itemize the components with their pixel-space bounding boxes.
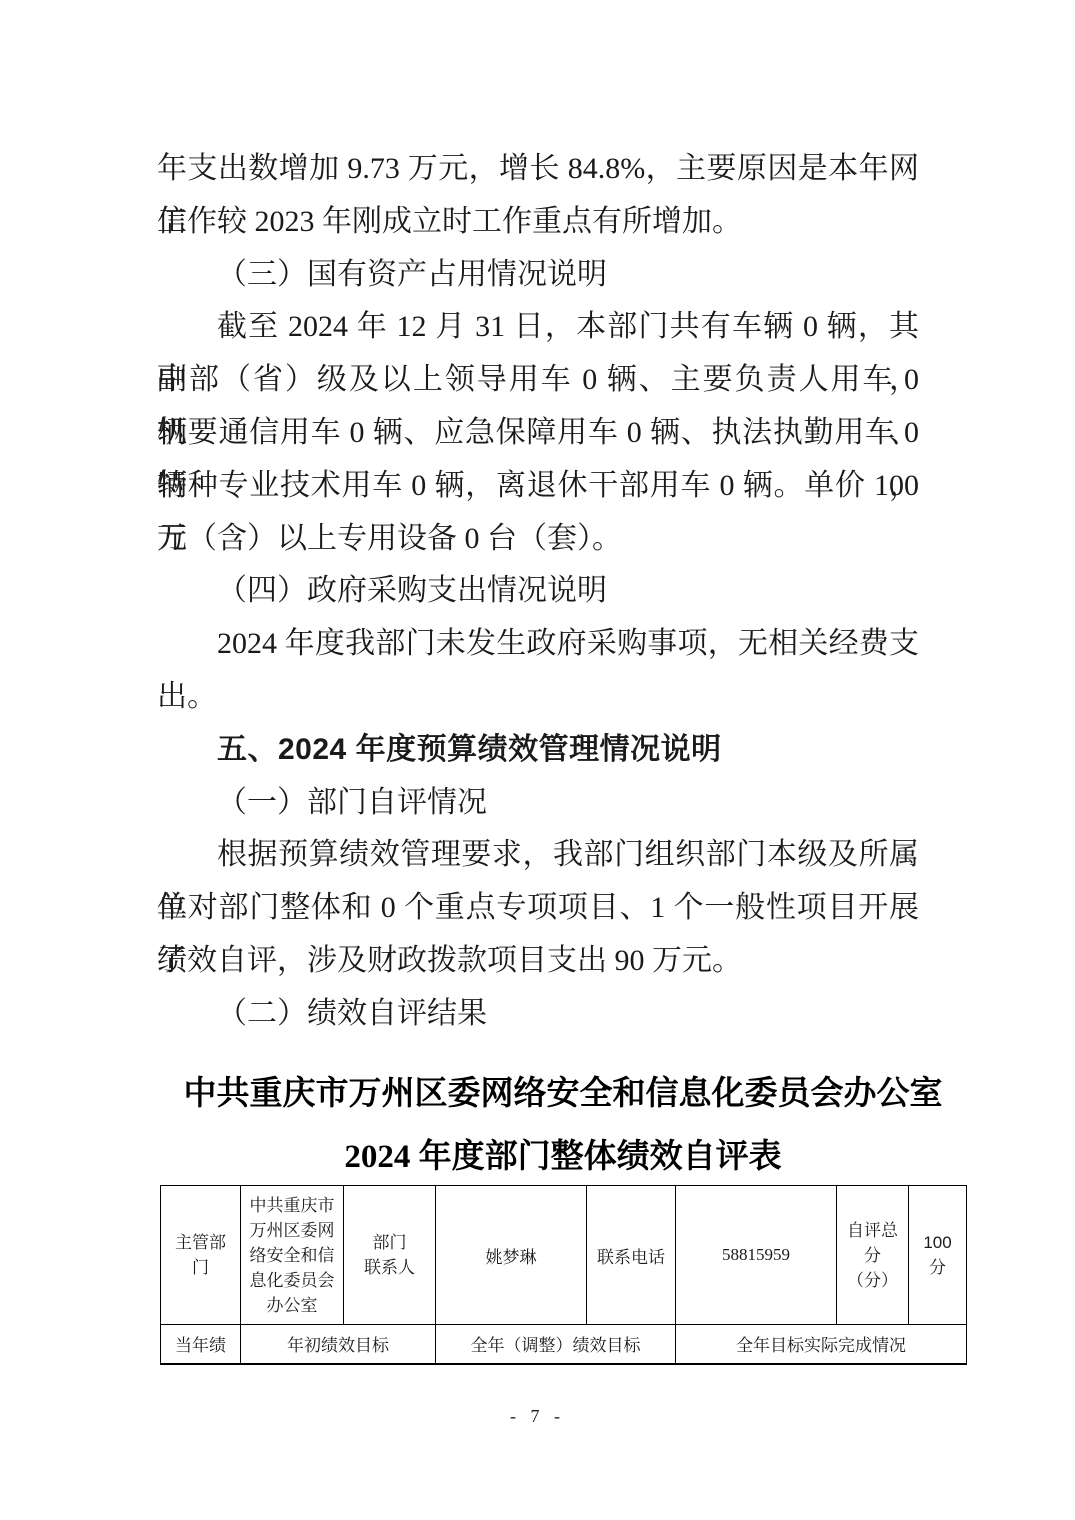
body-line: 截至 2024 年 12 月 31 日，本部门共有车辆 0 辆，其中， <box>157 301 919 354</box>
cell-supervisor-label: 主管部 门 <box>161 1186 241 1325</box>
cell-line: 分 <box>909 1255 966 1280</box>
cell-score-label: 自评总 分 （分） <box>837 1186 909 1325</box>
cell-line: 中共重庆市 <box>241 1193 343 1218</box>
cell-supervisor-value: 中共重庆市 万州区委网 络安全和信 息化委员会 办公室 <box>241 1186 344 1325</box>
performance-self-evaluation-table: 主管部 门 中共重庆市 万州区委网 络安全和信 息化委员会 办公室 部门 联系人… <box>160 1185 967 1365</box>
cell-line: 联系人 <box>344 1255 435 1280</box>
chapter-heading: 五、2024 年度预算绩效管理情况说明 <box>157 724 919 777</box>
table-title-line-2: 2024 年度部门整体绩效自评表 <box>160 1126 966 1189</box>
body-line: 位对部门整体和 0 个重点专项项目、1 个一般性项目开展了 <box>157 882 919 935</box>
cell-score-value: 100 分 <box>909 1186 967 1325</box>
body-line: 绩效自评，涉及财政拨款项目支出 90 万元。 <box>157 935 919 988</box>
body-line: 出。 <box>157 671 919 724</box>
cell-contact-label: 部门 联系人 <box>344 1186 436 1325</box>
cell-line: 万州区委网 <box>241 1218 343 1243</box>
cell-line: 办公室 <box>241 1293 343 1318</box>
section-heading: （一）部门自评情况 <box>157 777 919 830</box>
table-title-block: 中共重庆市万州区委网络安全和信息化委员会办公室 2024 年度部门整体绩效自评表 <box>160 1063 966 1189</box>
section-heading: （四）政府采购支出情况说明 <box>157 565 919 618</box>
cell-initial-goal-header: 年初绩效目标 <box>241 1325 436 1364</box>
cell-adjusted-goal-header: 全年（调整）绩效目标 <box>436 1325 676 1364</box>
document-page: 年支出数增加 9.73 万元，增长 84.8%，主要原因是本年网信 工作较 20… <box>0 0 1075 1520</box>
table-row: 当年绩 年初绩效目标 全年（调整）绩效目标 全年目标实际完成情况 <box>161 1325 967 1364</box>
cell-line: 息化委员会 <box>241 1268 343 1293</box>
section-heading: （三）国有资产占用情况说明 <box>157 249 919 302</box>
body-line: 年支出数增加 9.73 万元，增长 84.8%，主要原因是本年网信 <box>157 143 919 196</box>
body-line: 副部（省）级及以上领导用车 0 辆、主要负责人用车 0 辆、 <box>157 354 919 407</box>
body-line: 元（含）以上专用设备 0 台（套）。 <box>157 513 919 566</box>
body-line: 特种专业技术用车 0 辆，离退休干部用车 0 辆。单价 100 万 <box>157 460 919 513</box>
page-number: - 7 - <box>0 1406 1075 1427</box>
cell-line: 主管部 <box>161 1230 240 1255</box>
cell-line: 门 <box>161 1255 240 1280</box>
body-line: 工作较 2023 年刚成立时工作重点有所增加。 <box>157 196 919 249</box>
cell-line: 100 <box>909 1230 966 1255</box>
cell-phone-label: 联系电话 <box>587 1186 676 1325</box>
table-title-line-1: 中共重庆市万州区委网络安全和信息化委员会办公室 <box>160 1063 966 1126</box>
cell-line: 自评总 <box>837 1218 908 1243</box>
body-line: 2024 年度我部门未发生政府采购事项，无相关经费支 <box>157 618 919 671</box>
body-line: 根据预算绩效管理要求，我部门组织部门本级及所属单 <box>157 829 919 882</box>
cell-current-year-label: 当年绩 <box>161 1325 241 1364</box>
cell-phone-value: 58815959 <box>676 1186 837 1325</box>
section-heading: （二）绩效自评结果 <box>157 988 919 1041</box>
cell-completion-header: 全年目标实际完成情况 <box>676 1325 967 1364</box>
cell-line: 部门 <box>344 1230 435 1255</box>
body-line: 机要通信用车 0 辆、应急保障用车 0 辆、执法执勤用车 0 辆， <box>157 407 919 460</box>
cell-line: （分） <box>837 1268 908 1293</box>
cell-line: 络安全和信 <box>241 1243 343 1268</box>
cell-line: 分 <box>837 1243 908 1268</box>
document-body: 年支出数增加 9.73 万元，增长 84.8%，主要原因是本年网信 工作较 20… <box>157 143 919 1041</box>
cell-contact-name: 姚梦琳 <box>436 1186 587 1325</box>
table-row: 主管部 门 中共重庆市 万州区委网 络安全和信 息化委员会 办公室 部门 联系人… <box>161 1186 967 1325</box>
